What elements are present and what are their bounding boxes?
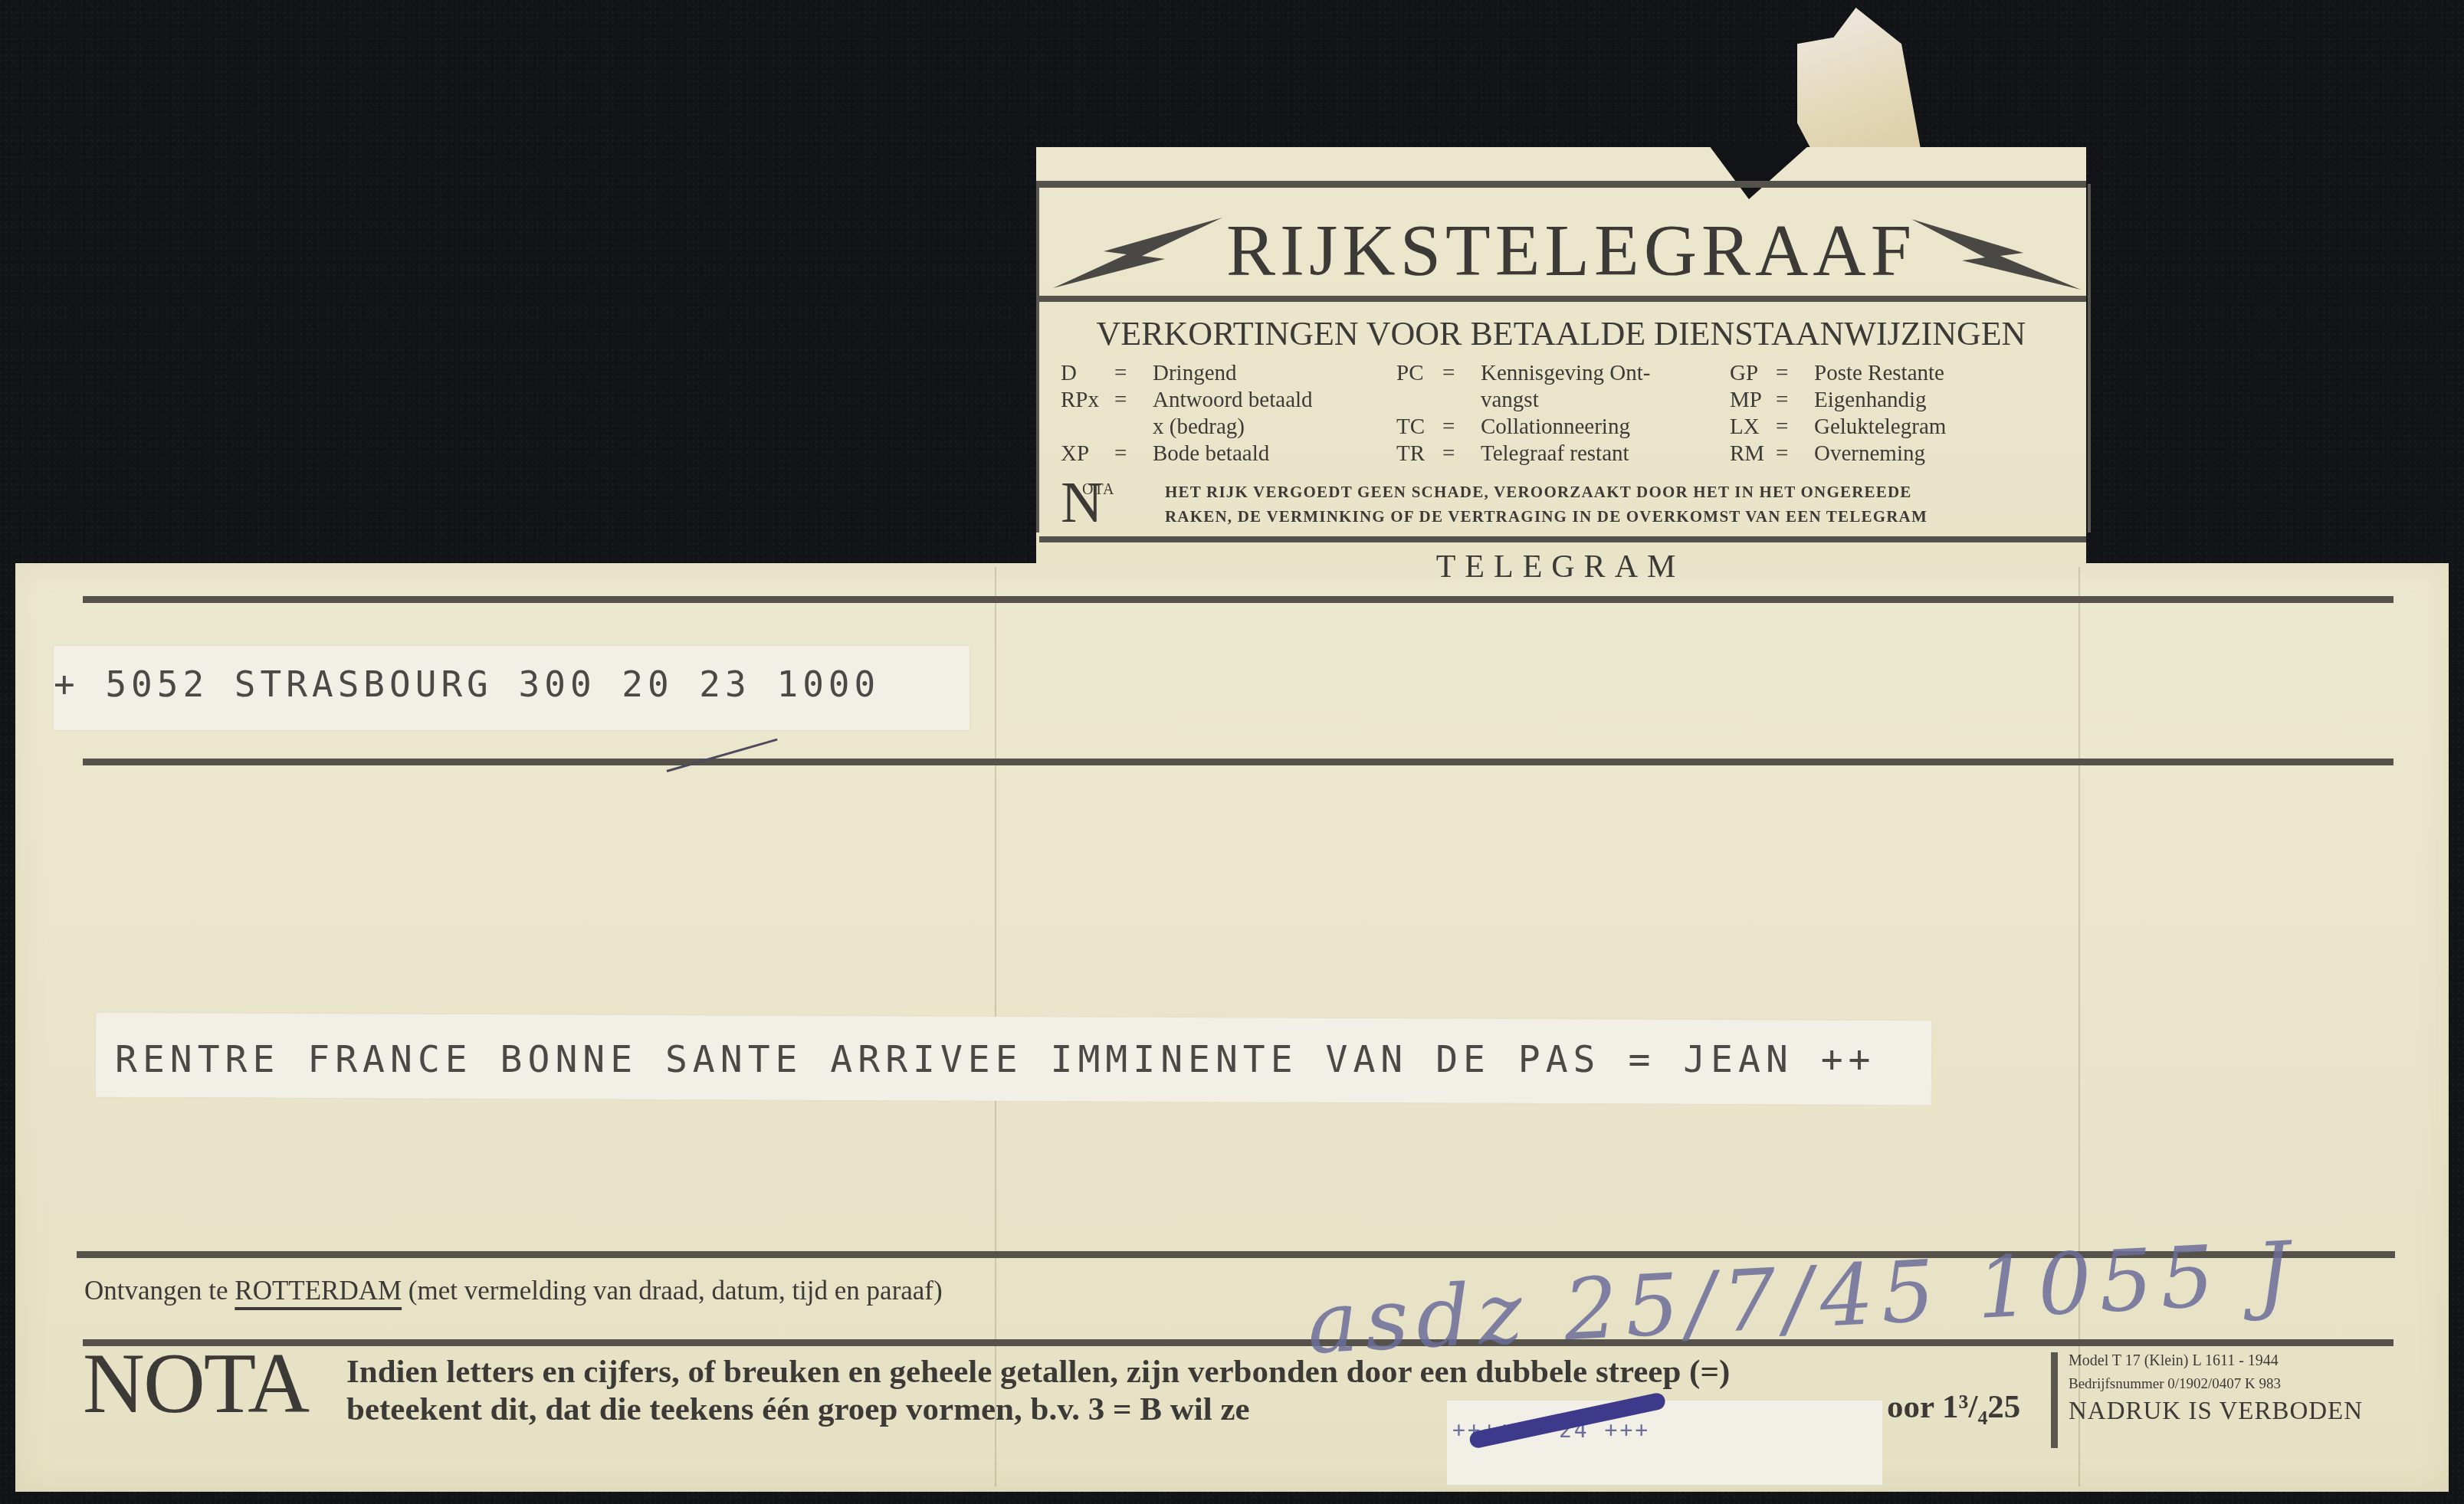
lightning-bolt-icon	[1050, 215, 1226, 291]
rijkstelegraaf-title: RIJKSTELEGRAAF	[1226, 208, 1901, 293]
header-top-rule	[1036, 181, 2086, 188]
header-bottom-rule	[1039, 536, 2086, 542]
received-at-line: Ontvangen te ROTTERDAM (met vermelding v…	[84, 1276, 943, 1306]
preamble-text: + 5052 STRASBOURG 300 20 23 1000	[54, 664, 880, 705]
abbr-row: PC=Kennisgeving Ont-	[1396, 360, 1651, 387]
abbr-row: XP=Bode betaald	[1061, 441, 1269, 467]
liability-notice: HET RIJK VERGOEDT GEEN SCHADE, VEROORZAA…	[1165, 480, 2062, 529]
abbr-row: RPx=Antwoord betaald	[1061, 387, 1313, 414]
header-title-rule	[1039, 296, 2086, 302]
rule	[83, 596, 2393, 603]
rule	[83, 759, 2393, 765]
abbr-row: TC=Collationneering	[1396, 414, 1630, 441]
nota-rest: OTA	[1082, 481, 1115, 499]
lightning-bolt-icon	[1908, 216, 2085, 293]
abbreviations-table: D=Dringend RPx=Antwoord betaald x (bedra…	[1036, 360, 2063, 475]
abbr-row: x (bedrag)	[1153, 414, 1245, 441]
fraction-example: oor 1³/₄25	[1887, 1388, 2020, 1426]
telegram-label: TELEGRAM	[1036, 549, 2085, 585]
word-count-tape	[1447, 1401, 1882, 1485]
rule	[83, 1339, 2393, 1346]
abbr-row: D=Dringend	[1061, 360, 1237, 387]
abbreviations-heading: VERKORTINGEN VOOR BETAALDE DIENSTAANWIJZ…	[1052, 314, 2071, 353]
abbr-row: vangst	[1481, 387, 1539, 414]
nota-label: NOTA	[83, 1341, 308, 1427]
abbr-row: TR=Telegraaf restant	[1396, 441, 1629, 467]
abbr-row: LX=Geluktelegram	[1730, 414, 1946, 441]
abbr-row: MP=Eigenhandig	[1730, 387, 1927, 414]
fold-line	[2078, 567, 2080, 1486]
abbr-row: RM=Overneming	[1730, 441, 1925, 467]
abbr-row: GP=Poste Restante	[1730, 360, 1944, 387]
form-model-info: Model T 17 (Klein) L 1611 - 1944 Bedrijf…	[2051, 1352, 2410, 1448]
message-text: RENTRE FRANCE BONNE SANTE ARRIVEE IMMINE…	[115, 1038, 1876, 1081]
received-city: ROTTERDAM	[235, 1276, 402, 1306]
